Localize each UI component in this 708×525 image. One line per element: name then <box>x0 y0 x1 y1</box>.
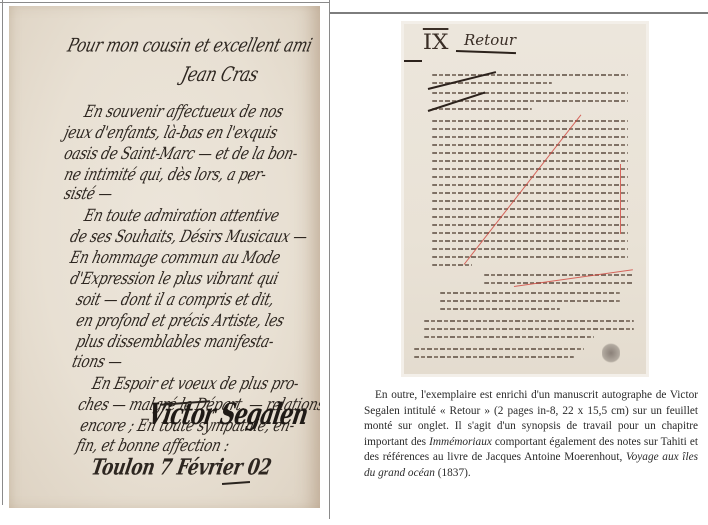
letter-line: Pour mon cousin et excellent ami <box>65 34 314 57</box>
library-stamp <box>602 342 620 364</box>
letter-line: tions — <box>70 352 124 372</box>
letter-line: jeux d'enfants, là-bas en l'exquis <box>62 123 279 143</box>
title-underline <box>456 50 516 54</box>
manuscript-text-line <box>432 248 628 250</box>
letter-line: En toute admiration attentive <box>82 206 281 226</box>
letter-line: Jean Cras <box>179 62 261 86</box>
chapter-number: IX <box>423 30 449 54</box>
dedication-letter-photo: Pour mon cousin et excellent ami Jean Cr… <box>9 6 320 508</box>
manuscript-text-line <box>432 160 628 162</box>
manuscript-text-line <box>432 232 628 234</box>
manuscript-title: Retour <box>464 31 516 49</box>
letter-line: En Espoir et voeux de plus pro- <box>90 374 301 394</box>
letter-line: sisté — <box>62 184 114 204</box>
letter-line: fin, et bonne affection : <box>74 436 231 456</box>
letter-line: de ses Souhaits, Désirs Musicaux — <box>68 227 309 247</box>
manuscript-text-line <box>432 168 628 170</box>
manuscript-text-line <box>432 224 628 226</box>
manuscript-text-line <box>432 152 628 154</box>
manuscript-text-line <box>432 208 628 210</box>
letter-line: plus dissemblables manifesta- <box>74 332 276 352</box>
manuscript-text-line <box>432 240 628 242</box>
manuscript-text-line <box>484 274 634 276</box>
letter-line: En hommage commun au Mode <box>68 248 282 268</box>
retour-manuscript-photo: IX Retour <box>404 24 646 374</box>
letter-line: d'Expression le plus vibrant qui <box>68 269 280 289</box>
manuscript-text-line <box>432 144 628 146</box>
manuscript-text-line <box>432 120 628 122</box>
frame-left-border <box>2 0 3 505</box>
caption-text: (1837). <box>435 467 471 479</box>
letter-line: soit — dont il a compris et dit, <box>74 290 276 310</box>
red-annotation-line <box>620 164 621 234</box>
manuscript-text-line <box>440 308 560 310</box>
caption-paragraph: En outre, l'exemplaire est enrichi d'un … <box>364 388 698 481</box>
signature: Victor Segalen <box>146 396 310 431</box>
manuscript-text-line <box>432 74 628 76</box>
red-annotation-line <box>514 269 633 287</box>
letter-line: en profond et précis Artiste, les <box>74 311 286 331</box>
manuscript-text-line <box>432 128 628 130</box>
letter-line: En souvenir affectueux de nos <box>82 102 285 122</box>
manuscript-text-line <box>432 192 628 194</box>
frame-top-border <box>0 2 330 3</box>
manuscript-text-line <box>432 200 628 202</box>
letter-line: ne intimité qui, dès lors, a per- <box>62 165 268 185</box>
manuscript-text-line <box>424 336 594 338</box>
manuscript-text-line <box>432 108 532 110</box>
manuscript-text-line <box>432 216 628 218</box>
manuscript-text-line <box>424 328 634 330</box>
manuscript-text-line <box>424 320 634 322</box>
manuscript-text-line <box>432 256 628 258</box>
manuscript-text-line <box>440 292 620 294</box>
manuscript-text-line <box>414 356 574 358</box>
header-rule <box>330 12 708 14</box>
caption-book-title: Immémoriaux <box>429 436 492 448</box>
manuscript-text-line <box>432 184 628 186</box>
manuscript-text-line <box>440 300 620 302</box>
manuscript-text-line <box>432 264 472 266</box>
manuscript-text-line <box>432 136 628 138</box>
margin-mark <box>404 60 422 62</box>
manuscript-text-line <box>432 92 628 94</box>
manuscript-text-line <box>484 282 634 284</box>
place-date: Toulon 7 Février 02 <box>89 455 273 481</box>
frame-divider <box>329 0 330 519</box>
manuscript-text-line <box>414 348 584 350</box>
letter-line: oasis de Saint-Marc — et de la bon- <box>62 144 300 164</box>
